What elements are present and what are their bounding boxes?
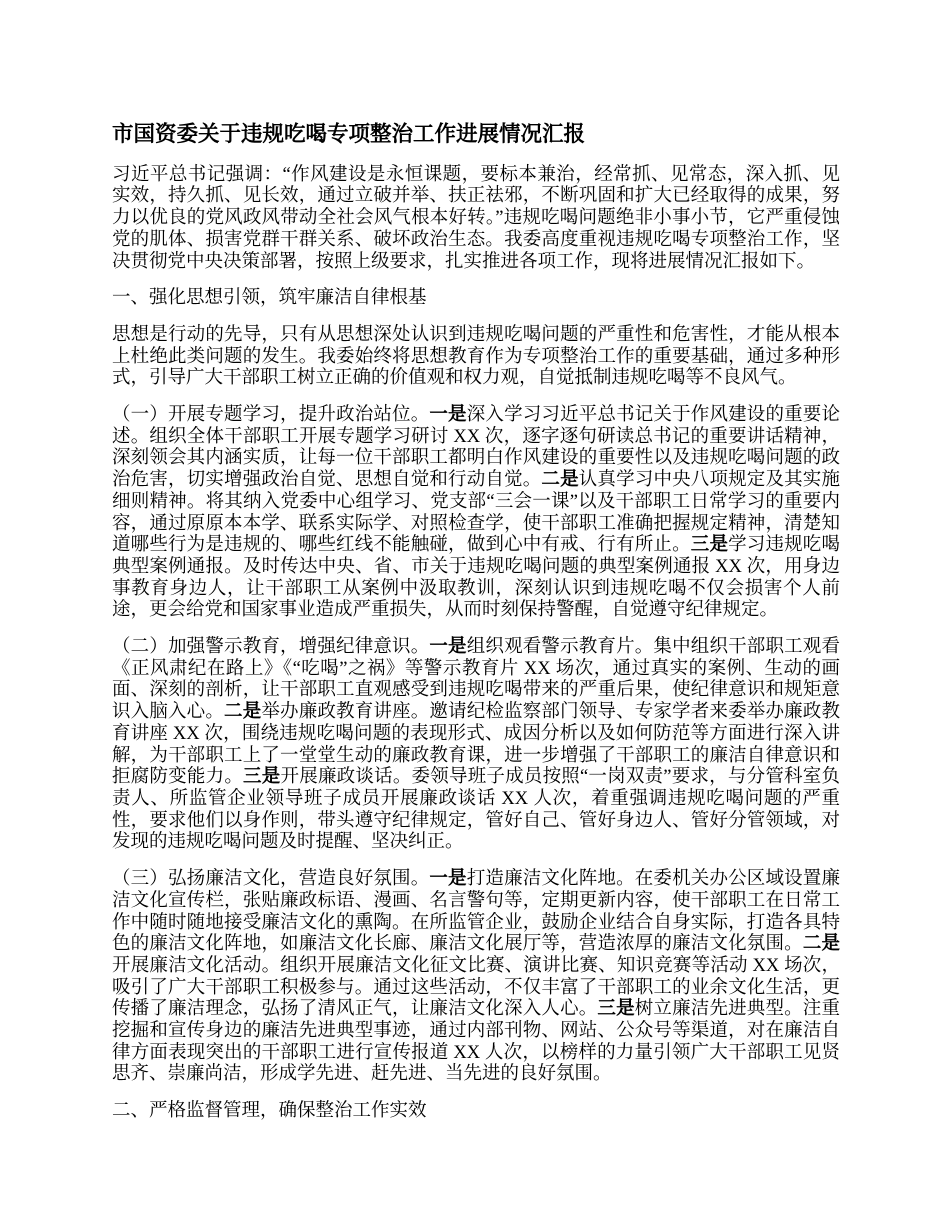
- bold-run: 二是: [224, 702, 261, 722]
- section-2-heading: 二、严格监督管理，确保整治工作实效: [112, 1101, 840, 1123]
- bold-run: 三是: [691, 535, 728, 555]
- bold-run: 三是: [597, 999, 634, 1019]
- bold-run: 一是: [429, 637, 466, 657]
- text-run: （一）开展专题学习，提升政治站位。: [112, 405, 429, 425]
- document-page: 市国资委关于违规吃喝专项整治工作进展情况汇报 习近平总书记强调：“作风建设是永恒…: [0, 0, 950, 1230]
- bold-run: 一是: [429, 869, 466, 889]
- section-1-lead-paragraph: 思想是行动的先导，只有从思想深处认识到违规吃喝问题的严重性和危害性，才能从根本上…: [112, 325, 840, 390]
- section-1-heading: 一、强化思想引领，筑牢廉洁自律根基: [112, 288, 840, 310]
- subsection-3-paragraph: （三）弘扬廉洁文化，营造良好氛围。一是打造廉洁文化阵地。在委机关办公区域设置廉洁…: [112, 869, 840, 1086]
- intro-paragraph: 习近平总书记强调：“作风建设是永恒课题，要标本兼治，经常抓、见常态，深入抓、见实…: [112, 165, 840, 274]
- bold-run: 一是: [429, 405, 466, 425]
- bold-run: 二是: [541, 470, 578, 490]
- text-run: （三）弘扬廉洁文化，营造良好氛围。: [112, 869, 429, 889]
- document-title: 市国资委关于违规吃喝专项整治工作进展情况汇报: [112, 122, 840, 147]
- text-run: 一、强化思想引领，筑牢廉洁自律根基: [112, 288, 427, 308]
- bold-run: 三是: [243, 767, 280, 787]
- subsection-2-paragraph: （二）加强警示教育，增强纪律意识。一是组织观看警示教育片。集中组织干部职工观看《…: [112, 637, 840, 854]
- text-run: （二）加强警示教育，增强纪律意识。: [112, 637, 429, 657]
- text-run: 习近平总书记强调：“作风建设是永恒课题，要标本兼治，经常抓、见常态，深入抓、见实…: [112, 165, 840, 272]
- bold-run: 二是: [803, 934, 840, 954]
- text-run: 二、严格监督管理，确保整治工作实效: [112, 1101, 427, 1121]
- text-run: 思想是行动的先导，只有从思想深处认识到违规吃喝问题的严重性和危害性，才能从根本上…: [112, 325, 840, 388]
- subsection-1-paragraph: （一）开展专题学习，提升政治站位。一是深入学习习近平总书记关于作风建设的重要论述…: [112, 405, 840, 622]
